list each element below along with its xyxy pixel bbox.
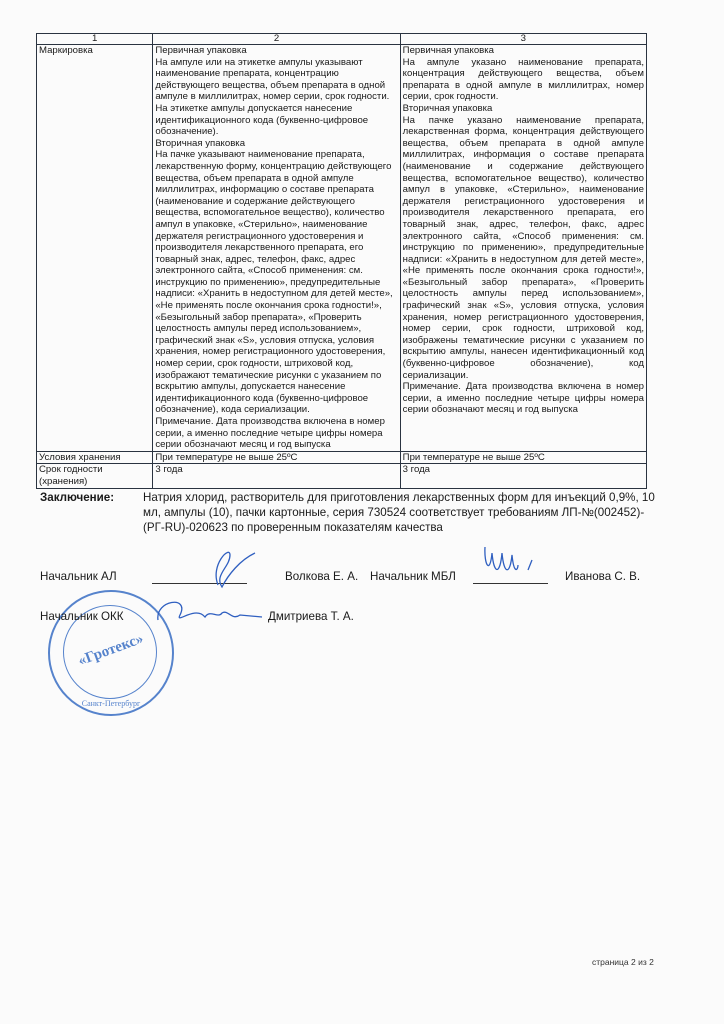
storage-result-cell: При температуре не выше 25ºС <box>400 451 646 464</box>
primary-packaging-heading: Первичная упаковка <box>155 45 397 57</box>
signer-title-mbl: Начальник МБЛ <box>370 570 456 583</box>
signature-mbl-icon <box>480 545 540 585</box>
marking-result-cell: Первичная упаковка На ампуле указано наи… <box>400 45 646 452</box>
conclusion-text: Натрия хлорид, растворитель для приготов… <box>143 490 663 535</box>
table-header-row: 1 2 3 <box>37 34 647 45</box>
signer-title-al: Начальник АЛ <box>40 570 117 583</box>
storage-requirement-cell: При температуре не выше 25ºС <box>153 451 400 464</box>
page-number: страница 2 из 2 <box>592 957 654 967</box>
secondary-packaging-text: На пачке указано наименование препарата,… <box>403 115 644 382</box>
specification-table: 1 2 3 Маркировка Первичная упаковка На а… <box>36 33 647 489</box>
signature-al-icon <box>200 545 260 590</box>
signer-name-okk: Дмитриева Т. А. <box>268 610 354 623</box>
seal-bottom-text: Санкт-Петербург <box>50 699 172 708</box>
table-row-storage: Условия хранения При температуре не выше… <box>37 451 647 464</box>
signer-name-al: Волкова Е. А. <box>285 570 358 583</box>
row-label-marking: Маркировка <box>37 45 153 452</box>
table-row-marking: Маркировка Первичная упаковка На ампуле … <box>37 45 647 452</box>
row-label-shelf-life: Срок годности (хранения) <box>37 464 153 488</box>
shelf-life-requirement-cell: 3 года <box>153 464 400 488</box>
note-text: Примечание. Дата производства включена в… <box>403 381 644 416</box>
column-header-1: 1 <box>37 34 153 45</box>
primary-packaging-text: На ампуле или на этикетке ампулы указыва… <box>155 57 397 103</box>
column-header-2: 2 <box>153 34 400 45</box>
table-row-shelf-life: Срок годности (хранения) 3 года 3 года <box>37 464 647 488</box>
signer-title-okk: Начальник ОКК <box>40 610 124 623</box>
secondary-packaging-heading: Вторичная упаковка <box>155 138 397 150</box>
column-header-3: 3 <box>400 34 646 45</box>
marking-requirement-cell: Первичная упаковка На ампуле или на этик… <box>153 45 400 452</box>
secondary-packaging-heading: Вторичная упаковка <box>403 103 644 115</box>
shelf-life-result-cell: 3 года <box>400 464 646 488</box>
conclusion-label: Заключение: <box>40 490 114 505</box>
primary-packaging-code-text: На этикетке ампулы допускается нанесение… <box>155 103 397 138</box>
signature-okk-icon <box>150 595 265 630</box>
signer-name-mbl: Иванова С. В. <box>565 570 640 583</box>
primary-packaging-heading: Первичная упаковка <box>403 45 644 57</box>
primary-packaging-text: На ампуле указано наименование препарата… <box>403 57 644 103</box>
row-label-storage: Условия хранения <box>37 451 153 464</box>
note-text: Примечание. Дата производства включена в… <box>155 416 397 451</box>
secondary-packaging-text: На пачке указывают наименование препарат… <box>155 149 397 416</box>
